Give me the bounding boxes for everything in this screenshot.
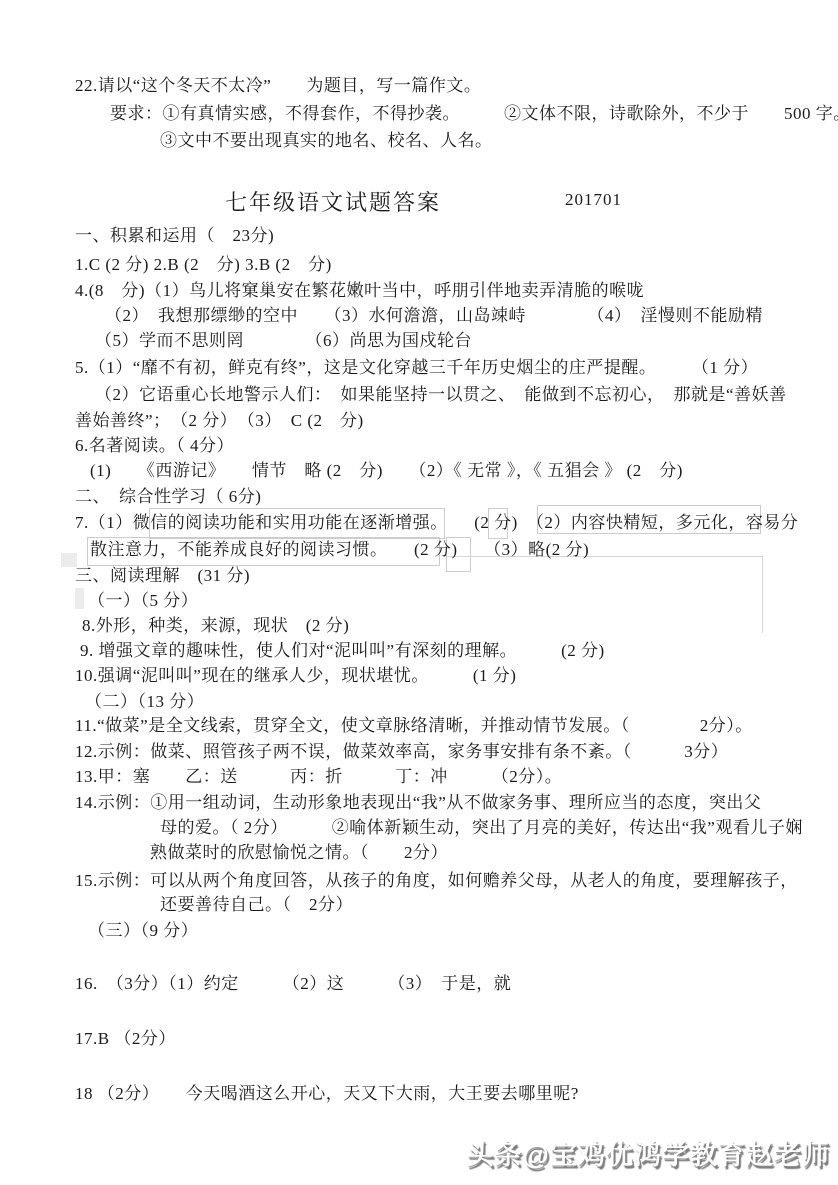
- answer-line: 熟做菜时的欣慰愉悦之情。（ 2分）: [150, 842, 448, 864]
- exam-code: 201701: [565, 190, 622, 210]
- section-3-heading: 三、阅读理解 (31 分): [75, 565, 250, 587]
- answer-line: 还要善待自己。（ 2分）: [160, 894, 353, 916]
- answer-line: 14.示例：①用一组动词，生动形象地表现出“我”从不做家务事、理所应当的态度，突…: [75, 792, 761, 814]
- answer-line: 13.甲：塞 乙：送 丙：折 丁：冲 （2分）。: [75, 766, 562, 788]
- question-22-requirements: 要求：①有真情实感，不得套作，不得抄袭。 ②文体不限，诗歌除外，不少于 500 …: [110, 103, 838, 125]
- page-title: 七年级语文试题答案: [225, 186, 441, 217]
- answer-line: 1.C (2 分) 2.B (2 分) 3.B (2 分): [75, 254, 332, 276]
- answer-line: 善始善终”； （2 分） （3） C (2 分): [75, 410, 364, 432]
- answer-line: 16. （3分）（1）约定 （2）这 （3） 于是，就: [75, 973, 511, 995]
- question-22-requirement-3: ③文中不要出现真实的地名、校名、人名。: [160, 130, 493, 152]
- answer-line: 7.（1）微信的阅读功能和实用功能在逐渐增强。 (2 分) （2）内容快精短，多…: [75, 512, 798, 534]
- section-2-heading: 二、 综合性学习（ 6分): [75, 486, 261, 508]
- answer-box-outline: [447, 556, 763, 633]
- subsection-heading: （三）（9 分）: [88, 920, 198, 942]
- watermark-text: 头条@宝鸡优鸿学教育赵老师: [467, 1133, 830, 1172]
- answer-line: 9. 增强文章的趣味性，使人们对“泥叫叫”有深刻的理解。 (2 分): [80, 640, 605, 662]
- answer-line: 散注意力，不能养成良好的阅读习惯。 (2 分) （3）略(2 分): [90, 539, 589, 561]
- section-1-heading: 一、积累和运用（ 23分): [75, 225, 274, 247]
- subsection-heading: （一）（5 分）: [88, 590, 198, 612]
- answer-line: （2）它语重心长地警示人们： 如果能坚持一以贯之、 能做到不忘初心， 那就是“善…: [95, 384, 838, 406]
- answer-line: （2） 我想那缥缈的空中 （3）水何澹澹，山岛竦峙 （4） 淫慢则不能励精: [105, 305, 763, 327]
- answer-line: 15.示例：可以从两个角度回答，从孩子的角度，如何赡养父母，从老人的角度，要理解…: [75, 870, 798, 892]
- question-22-prompt: 22.请以“这个冬天不太冷” 为题目，写一篇作文。: [75, 75, 481, 97]
- answer-line: 10.强调“泥叫叫”现在的继承人少，现状堪忧。 (1 分): [75, 665, 516, 687]
- answer-line: (1) 《西游记》 情节 略 (2 分) （2）《 无常 》，《 五猖会 》 (…: [90, 460, 683, 482]
- answer-line: （5）学而不思则罔 （6）尚思为国戍轮台: [95, 330, 472, 352]
- subsection-heading: （二）（13 分）: [85, 691, 204, 713]
- answer-line: 18 （2分） 今天喝酒这么开心，天又下大雨，大王要去哪里呢?: [75, 1083, 579, 1105]
- answer-line: 母的爱。（ 2分） ②喻体新颖生动，突出了月亮的美好，传达出“我”观看儿子娴: [160, 817, 803, 839]
- answer-line: 11.“做菜”是全文线索，贯穿全文，使文章脉络清晰，并推动情节发展。（ 2分）。: [75, 715, 753, 737]
- exam-answer-sheet-page: 22.请以“这个冬天不太冷” 为题目，写一篇作文。 要求：①有真情实感，不得套作…: [0, 0, 838, 1185]
- answer-line: 6.名著阅读。（ 4分）: [75, 435, 234, 457]
- box-artifact: [75, 588, 84, 609]
- answer-line: 4.(8 分)（1）鸟儿将窠巢安在繁花嫩叶当中，呼朋引伴地卖弄清脆的喉咙: [75, 280, 644, 302]
- answer-line: 8.外形，种类，来源，现状 (2 分): [82, 615, 349, 637]
- answer-line: 12.示例：做菜、照管孩子两不误，做菜效率高，家务事安排有条不紊。（ 3分）: [75, 741, 728, 763]
- answer-line: 17.B （2分）: [75, 1028, 176, 1050]
- answer-line: 5.（1）“靡不有初，鲜克有终”，这是文化穿越三千年历史烟尘的庄严提醒。 （1 …: [75, 357, 758, 379]
